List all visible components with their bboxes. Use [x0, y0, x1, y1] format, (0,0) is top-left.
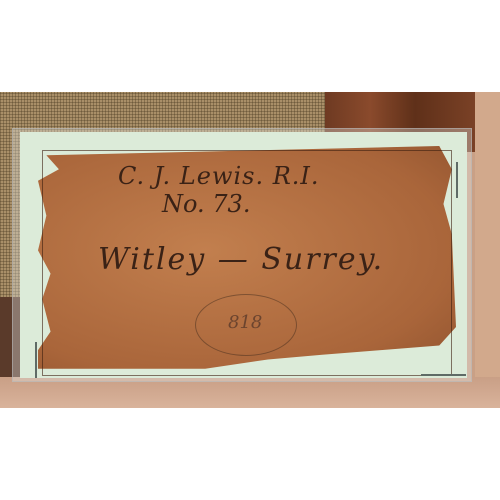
- photograph: C. J. Lewis. R.I. No. 73. Witley — Surre…: [0, 92, 500, 408]
- frame-edge-right: [475, 92, 500, 408]
- label-number: No. 73.: [162, 190, 250, 218]
- corner-mark-bottom: [421, 374, 466, 376]
- corner-mark-right: [456, 162, 458, 198]
- label-pencil-note: 818: [228, 312, 262, 333]
- label-artist-name: C. J. Lewis. R.I.: [118, 162, 320, 190]
- label-location: Witley — Surrey.: [98, 242, 384, 277]
- corner-mark-left: [35, 342, 37, 378]
